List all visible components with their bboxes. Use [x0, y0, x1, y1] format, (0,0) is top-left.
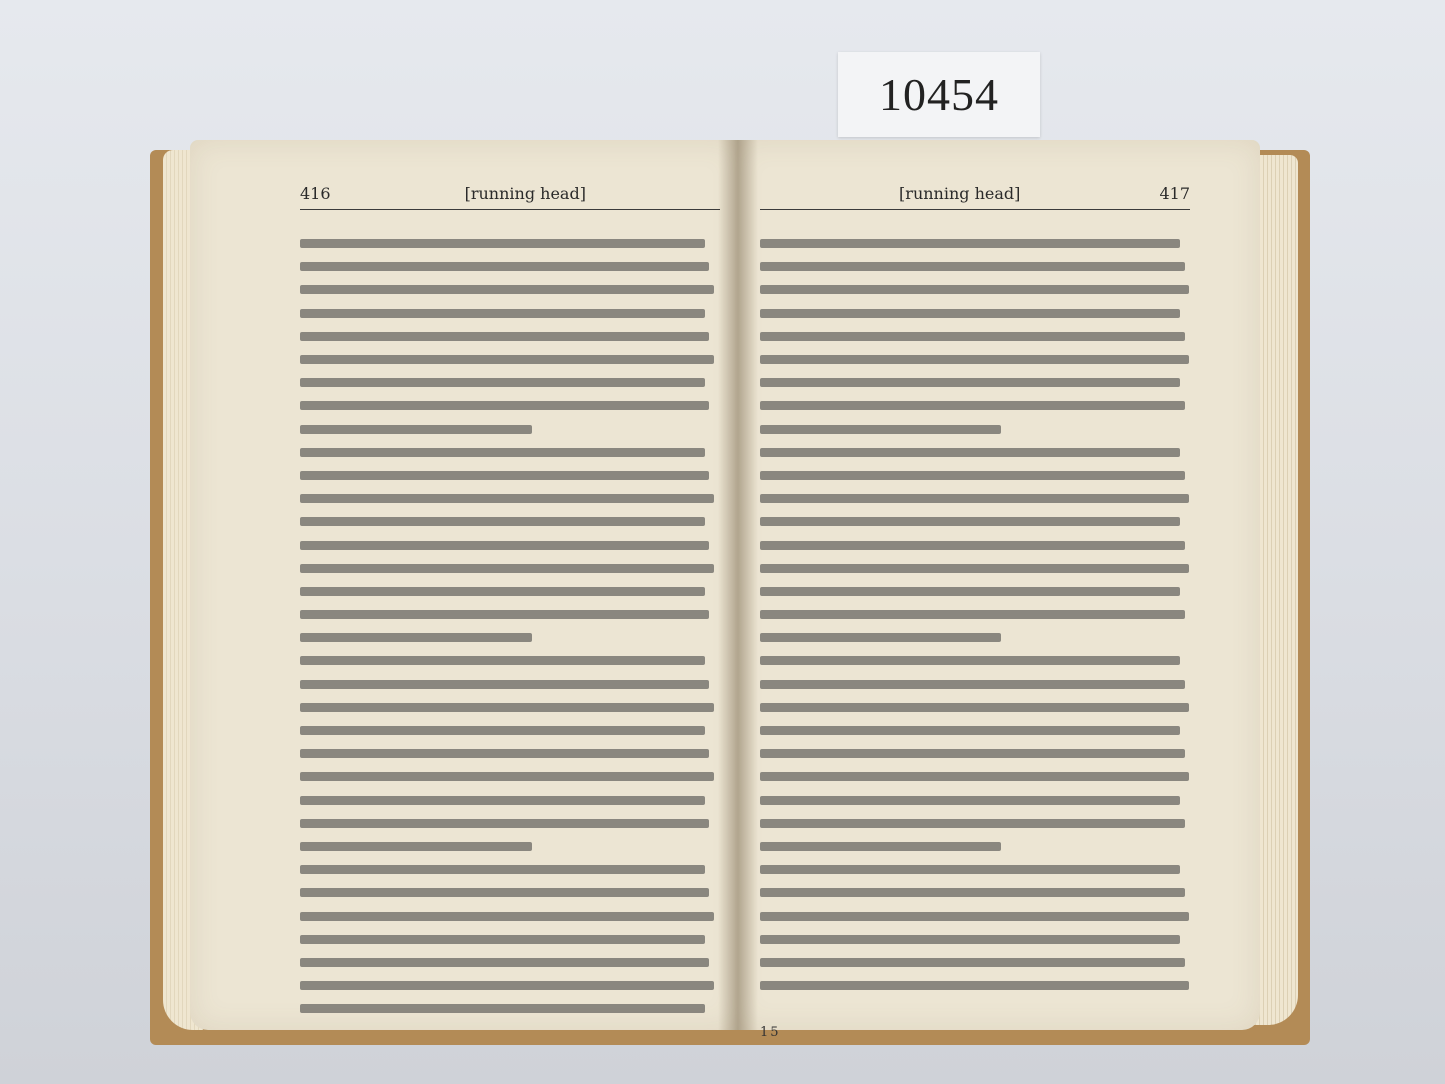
text-line	[300, 418, 722, 441]
text-line	[760, 928, 1198, 951]
right-body-text	[760, 232, 1198, 997]
text-line	[760, 325, 1198, 348]
left-body-text	[300, 232, 722, 1020]
text-line	[760, 881, 1198, 904]
text-line	[300, 510, 722, 533]
text-line	[300, 835, 722, 858]
text-line	[300, 441, 722, 464]
text-line	[300, 858, 722, 881]
text-line	[300, 533, 722, 556]
right-page: [running head] 417 15	[735, 140, 1260, 1030]
text-line	[760, 255, 1198, 278]
text-line	[300, 904, 722, 927]
text-line	[760, 557, 1198, 580]
text-line	[760, 302, 1198, 325]
text-line	[760, 835, 1198, 858]
text-line	[760, 441, 1198, 464]
text-line	[760, 812, 1198, 835]
left-page-number: 416	[300, 184, 331, 203]
text-line	[300, 348, 722, 371]
text-line	[300, 394, 722, 417]
right-running-head: [running head] 417	[760, 184, 1190, 210]
text-line	[300, 649, 722, 672]
text-line	[760, 418, 1198, 441]
text-line	[760, 719, 1198, 742]
right-head-title: [running head]	[899, 184, 1020, 203]
text-line	[300, 789, 722, 812]
signature-mark: 15	[760, 1025, 781, 1040]
text-line	[760, 394, 1198, 417]
text-line	[300, 997, 722, 1020]
text-line	[300, 464, 722, 487]
text-line	[300, 928, 722, 951]
text-line	[300, 881, 722, 904]
text-line	[300, 974, 722, 997]
text-line	[300, 302, 722, 325]
text-line	[300, 557, 722, 580]
book-gutter	[718, 140, 758, 1030]
right-page-number: 417	[1159, 184, 1190, 203]
text-line	[760, 858, 1198, 881]
text-line	[300, 580, 722, 603]
text-line	[760, 232, 1198, 255]
text-line	[300, 673, 722, 696]
left-head-title: [running head]	[465, 184, 586, 203]
inventory-number-label: 10454	[838, 52, 1040, 137]
text-line	[300, 719, 722, 742]
text-line	[760, 533, 1198, 556]
text-line	[300, 371, 722, 394]
text-line	[300, 232, 722, 255]
text-line	[760, 487, 1198, 510]
text-line	[760, 742, 1198, 765]
text-line	[300, 325, 722, 348]
text-line	[300, 255, 722, 278]
text-line	[300, 951, 722, 974]
text-line	[760, 649, 1198, 672]
text-line	[300, 487, 722, 510]
text-line	[760, 371, 1198, 394]
text-line	[760, 974, 1198, 997]
text-line	[760, 951, 1198, 974]
left-running-head: 416 [running head]	[300, 184, 720, 210]
text-line	[760, 696, 1198, 719]
text-line	[300, 278, 722, 301]
text-line	[760, 789, 1198, 812]
text-line	[300, 696, 722, 719]
text-line	[760, 464, 1198, 487]
text-line	[300, 603, 722, 626]
text-line	[760, 904, 1198, 927]
text-line	[300, 742, 722, 765]
text-line	[300, 812, 722, 835]
text-line	[300, 626, 722, 649]
text-line	[760, 348, 1198, 371]
text-line	[760, 510, 1198, 533]
text-line	[760, 626, 1198, 649]
text-line	[760, 603, 1198, 626]
text-line	[760, 765, 1198, 788]
text-line	[300, 765, 722, 788]
text-line	[760, 673, 1198, 696]
left-page: 416 [running head]	[190, 140, 740, 1030]
text-line	[760, 278, 1198, 301]
text-line	[760, 580, 1198, 603]
